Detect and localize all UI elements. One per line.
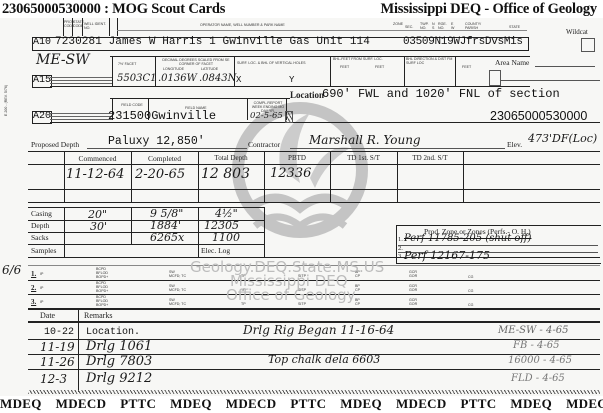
prod-zone-1-num: 1. <box>398 236 403 243</box>
rge-label: RGE. NO. <box>438 22 450 30</box>
twp-label: TWP. NO. <box>420 22 432 30</box>
county-label: COUNTY/ PARISH <box>465 22 495 30</box>
wildcat-label: Wildcat <box>566 28 588 36</box>
location-code: 03509N19WJfrsDvsMis <box>403 36 523 48</box>
facet-label: 7½' FACET <box>118 62 136 66</box>
location-label: Location <box>290 90 324 100</box>
operator-label: OPERATOR NAME, WELL NUMBER & PARK NAME <box>200 23 285 27</box>
header-td-1st: TD 1st. S/T <box>330 154 397 162</box>
proposed-depth-value: Paluxy 12,850' <box>108 135 205 148</box>
row-label-casing: Casing <box>31 209 52 218</box>
feet-label-1: FEET <box>340 65 349 69</box>
pbtd-value: 12336 <box>270 166 311 181</box>
margin-note: 6/6 <box>2 263 21 277</box>
elevation-label: Elev. <box>507 140 522 149</box>
total-depth-value: 12 803 <box>201 166 250 182</box>
facet-code: 5503C1 <box>117 73 156 84</box>
contractor-label: Contractor <box>248 140 280 149</box>
row-a20-tag: A20 <box>33 111 51 122</box>
contractor-value: Marshall R. Young <box>309 133 421 147</box>
bhl-direction-label: BHL DIRECTION & DIST FM SURF LOC <box>406 57 456 65</box>
ns-label: N S <box>432 22 437 30</box>
agency-title: Mississippi DEQ - Office of Geology <box>380 1 597 18</box>
sec-label: SEC. <box>405 25 413 29</box>
bhl-feet-label: BHL-FEET FROM SURF. LOC. <box>333 57 383 61</box>
row-a10-tag: A10 <box>33 37 51 48</box>
y-label: Y <box>289 75 294 85</box>
hatched-bottom-edge <box>28 390 600 394</box>
handwritten-area: ME-SW <box>36 52 90 68</box>
decimal-degrees-label: DECIMAL DEGREES SCALED FROM SE CORNER OF… <box>160 58 232 66</box>
api-number: 23065000530000 <box>490 109 587 123</box>
compl-date: 02-5-65 <box>250 111 283 121</box>
header-completed: Completed <box>131 154 198 163</box>
form-number-margin: E 200 - (REV. 5/76) <box>4 26 12 116</box>
commenced-value: 11-12-64 <box>66 167 124 182</box>
longitude-label: LONGITUDE <box>163 67 184 71</box>
location-value: 690' FWL and 1020' FNL of section <box>322 87 560 101</box>
prov-code-label: PROV CODE <box>64 20 72 28</box>
remark-row-4: 12-3 Drlg 9212 FLD - 4-65 <box>28 371 600 387</box>
header-pbtd: PBTD <box>264 154 330 162</box>
header-td-2nd: TD 2nd. S/T <box>397 154 463 162</box>
prod-zone-3-num: 3. <box>398 253 403 260</box>
record-title: 23065000530000 : MOG Scout Cards <box>2 1 225 18</box>
prod-zone-3-text: Perf 12167-175 <box>404 249 490 262</box>
elec-log-label: Elec. Log <box>201 246 230 255</box>
prod-zone-1-text: Perf 11785-205 (shut off) <box>404 233 531 244</box>
longitude-value: .0136W <box>158 73 197 84</box>
feet-label-3: FEET <box>462 65 471 69</box>
row-a15-tag: A15 <box>33 75 51 86</box>
casing-2-sacks: 6265x <box>150 231 184 244</box>
field-value: 231500Gwinville <box>108 109 216 123</box>
casing-3-sacks: 1100 <box>212 231 240 244</box>
header-commenced: Commenced <box>64 154 131 163</box>
watermark-line-3: Office of Geology <box>226 286 356 304</box>
row-label-depth: Depth <box>31 221 49 230</box>
elevation-value: 473'DF(Loc) <box>528 132 597 145</box>
row-label-sacks: Sacks <box>31 233 49 242</box>
remark-row-3: 11-26 Drlg 7803 Top chalk dela 6603 1600… <box>28 355 600 369</box>
remark-row-2: 11-19 Drlg 1061 FB - 4-65 <box>28 340 600 354</box>
state-code-label: STATE CODE <box>73 20 82 28</box>
proposed-depth-label: Proposed Depth <box>31 140 79 149</box>
completed-value: 2-20-65 <box>135 167 185 182</box>
header-date: Date <box>40 311 55 320</box>
feet-label-2: FEET <box>375 65 384 69</box>
latitude-value: .0843N <box>199 73 236 84</box>
zone-label: ZONE <box>393 22 401 26</box>
a15-end-box <box>489 70 501 86</box>
field-code-label: FIELD CODE <box>119 103 145 107</box>
a20-end-box <box>285 111 293 123</box>
row-label-samples: Samples <box>31 246 56 255</box>
latitude-label: LATITUDE <box>201 67 218 71</box>
x-label: X <box>236 75 241 85</box>
prod-zone-2-num: 2. <box>398 245 403 252</box>
casing-1-depth: 30' <box>90 220 107 233</box>
wildcat-checkbox[interactable] <box>581 38 595 52</box>
well-line: 7230281 James W Harris 1 Gwinville Gas U… <box>55 36 370 48</box>
footer-banner: MDEQMDECDPTTCMDEQMDECDPTTCMDEQMDECDPTTCM… <box>0 396 603 413</box>
header-total-depth: Total Depth <box>198 154 264 162</box>
header-remarks: Remarks <box>84 311 112 320</box>
state-label: STATE <box>509 25 520 29</box>
ew-label: E W <box>451 22 456 30</box>
scout-card-image: E 200 - (REV. 5/76) PROV CODE STATE CODE… <box>0 18 603 396</box>
surf-loc-label: SURF. LOC. & BHL OF VERTICAL HOLES <box>237 61 306 65</box>
remark-row-1: 10-22 Location. Drlg Rig Began 11-16-64 … <box>28 325 600 339</box>
area-name-label: Area Name <box>495 58 529 67</box>
well-ident-label: WELL IDENT. NO. <box>84 22 110 30</box>
